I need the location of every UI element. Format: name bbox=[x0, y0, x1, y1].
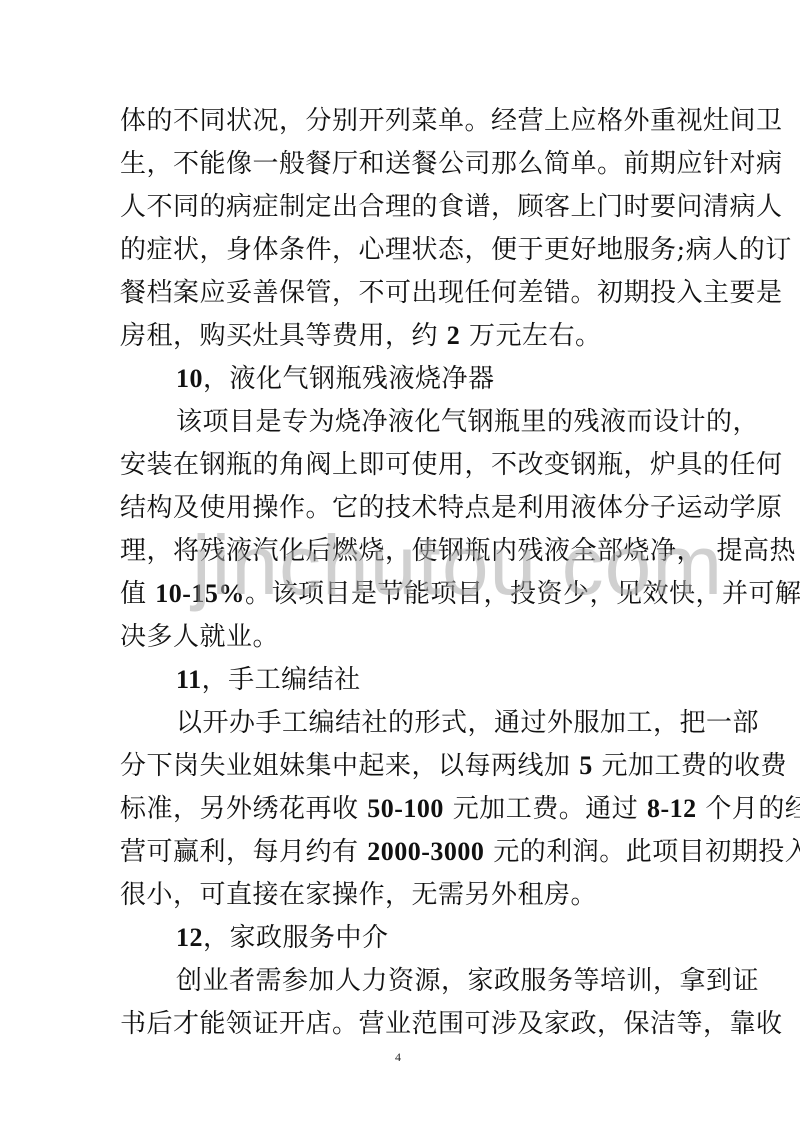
paragraph-start: 创业者需参加人力资源，家政服务等培训，拿到证 bbox=[176, 966, 696, 996]
section-heading: 12，家政服务中介 bbox=[176, 923, 696, 953]
text-line: 理，将残液汽化后燃烧，使钢瓶内残液全部烧净， 提高热 bbox=[120, 536, 695, 566]
text-line: 安装在钢瓶的角阀上即可使用，不改变钢瓶，炉具的任何 bbox=[120, 450, 695, 480]
text-line: 生，不能像一般餐厅和送餐公司那么简单。前期应针对病 bbox=[120, 149, 695, 179]
section-heading: 10，液化气钢瓶残液烧净器 bbox=[176, 364, 696, 394]
paragraph-start: 以开办手工编结社的形式，通过外服加工，把一部 bbox=[176, 708, 696, 738]
paragraph-start: 该项目是专为烧净液化气钢瓶里的残液而设计的， bbox=[176, 407, 696, 437]
text-line: 标准，另外绣花再收 50-100 元加工费。通过 8-12 个月的经 bbox=[120, 794, 695, 824]
text-line: 结构及使用操作。它的技术特点是利用液体分子运动学原 bbox=[120, 493, 695, 523]
text-line: 体的不同状况，分别开列菜单。经营上应格外重视灶间卫 bbox=[120, 106, 695, 136]
text-line: 人不同的病症制定出合理的食谱，顾客上门时要问清病人 bbox=[120, 192, 695, 222]
document-page: 体的不同状况，分别开列菜单。经营上应格外重视灶间卫 生，不能像一般餐厅和送餐公司… bbox=[0, 0, 800, 1132]
text-line: 的症状，身体条件，心理状态，便于更好地服务;病人的订 bbox=[120, 235, 695, 265]
text-line: 值 10-15%。该项目是节能项目，投资少，见效快，并可解 bbox=[120, 579, 695, 609]
page-number: 4 bbox=[395, 1050, 401, 1065]
text-line: 决多人就业。 bbox=[120, 622, 695, 652]
section-heading: 11，手工编结社 bbox=[176, 665, 696, 695]
text-line: 书后才能领证开店。营业范围可涉及家政，保洁等，靠收 bbox=[120, 1009, 695, 1039]
text-line: 很小，可直接在家操作，无需另外租房。 bbox=[120, 880, 695, 910]
text-line: 餐档案应妥善保管，不可出现任何差错。初期投入主要是 bbox=[120, 278, 695, 308]
text-line: 营可赢利，每月约有 2000-3000 元的利润。此项目初期投入 bbox=[120, 837, 695, 867]
text-line: 房租，购买灶具等费用，约 2 万元左右。 bbox=[120, 321, 695, 351]
text-line: 分下岗失业姐妹集中起来，以每两线加 5 元加工费的收费 bbox=[120, 751, 695, 781]
